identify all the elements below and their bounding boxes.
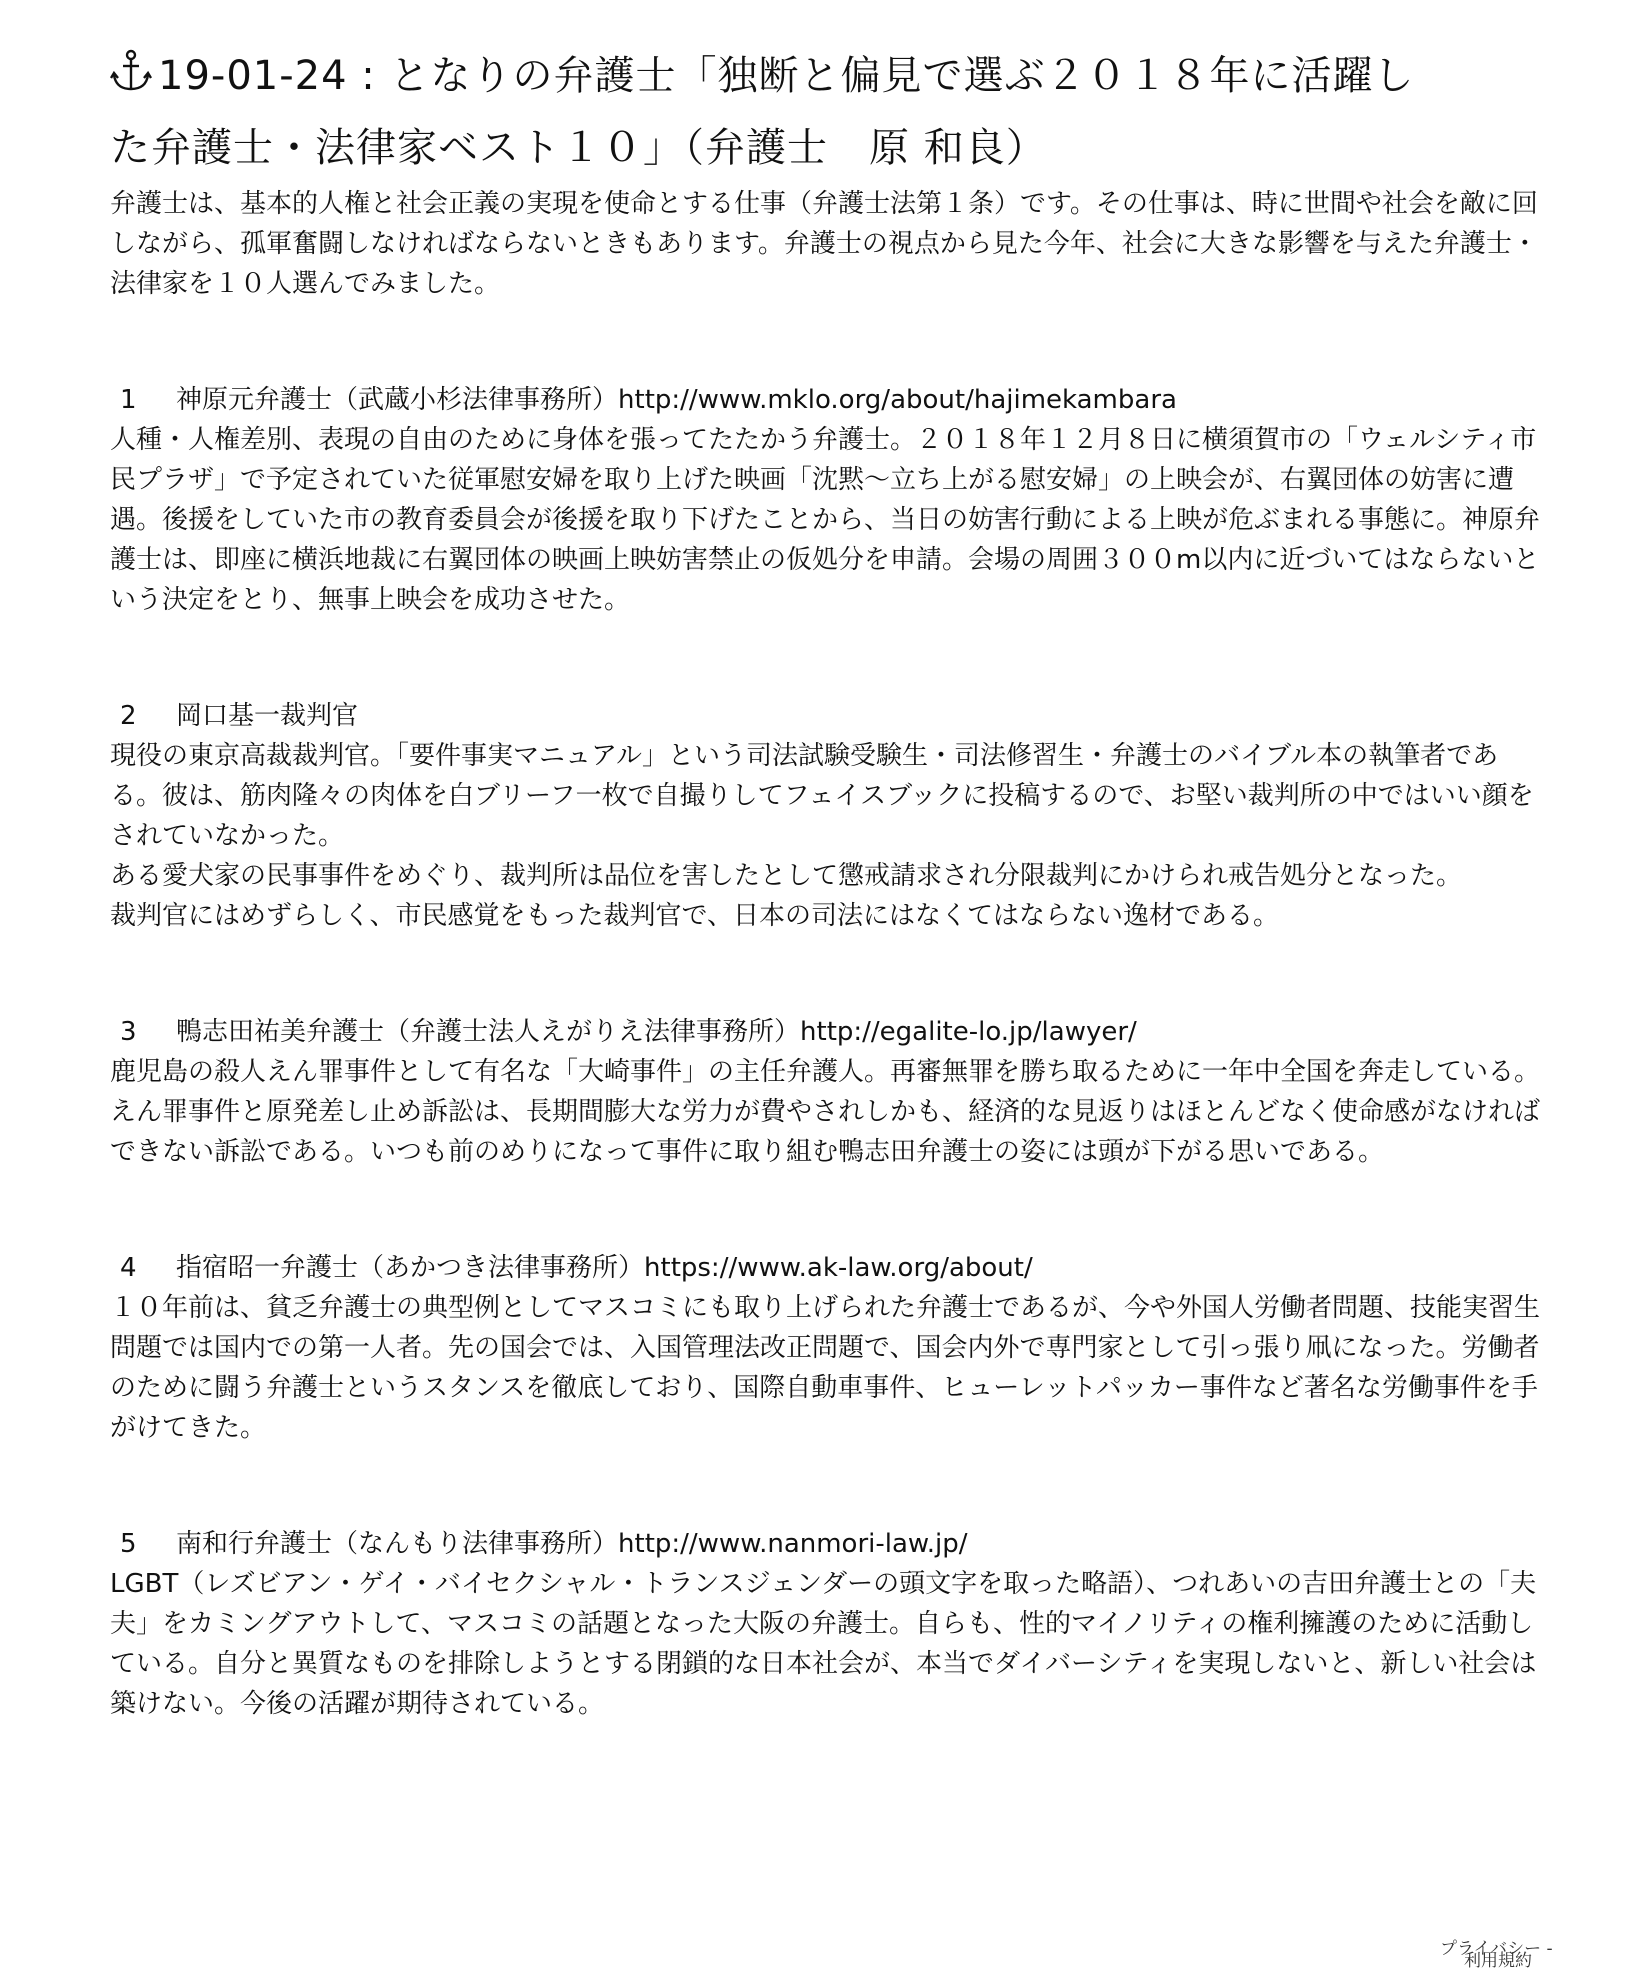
entry-url-link[interactable]: http://egalite-lo.jp/lawyer/ xyxy=(800,1017,1137,1047)
entry-paragraph: LGBT（レズビアン・ゲイ・バイセクシャル・トランスジェンダーの頭文字を取った略… xyxy=(110,1564,1550,1724)
entry-number: 2 xyxy=(110,696,176,736)
entry-heading: 3鴨志田祐美弁護士（弁護士法人えがりえ法律事務所）http://egalite-… xyxy=(110,1012,1550,1052)
entry-heading: 1神原元弁護士（武蔵小杉法律事務所）http://www.mklo.org/ab… xyxy=(110,380,1550,420)
entry-number: 5 xyxy=(110,1524,176,1564)
entry-url-link[interactable]: https://www.ak-law.org/about/ xyxy=(644,1253,1033,1283)
recaptcha-footer-links: プライバシー - 利用規約 xyxy=(1440,1940,1560,1980)
entry-heading: 2岡口基一裁判官 xyxy=(110,696,1550,736)
entry-2: 2岡口基一裁判官 現役の東京高裁裁判官。「要件事実マニュアル」という司法試験受験… xyxy=(110,696,1550,936)
entry-5: 5南和行弁護士（なんもり法律事務所）http://www.nanmori-law… xyxy=(110,1524,1550,1724)
page-title: 19-01-24 : となりの弁護士「独断と偏見で選ぶ２０１８年に活躍し た弁護… xyxy=(110,40,1550,184)
intro-paragraph: 弁護士は、基本的人権と社会正義の実現を使命とする仕事（弁護士法第１条）です。その… xyxy=(110,184,1550,304)
entry-name: 岡口基一裁判官 xyxy=(176,701,358,731)
title-line-1: 19-01-24 : となりの弁護士「独断と偏見で選ぶ２０１８年に活躍し xyxy=(158,53,1414,99)
entry-4: 4指宿昭一弁護士（あかつき法律事務所）https://www.ak-law.or… xyxy=(110,1248,1550,1448)
entry-number: 4 xyxy=(110,1248,176,1288)
entry-paragraph: 人種・人権差別、表現の自由のために身体を張ってたたかう弁護士。２０１８年１２月８… xyxy=(110,420,1550,620)
article: 19-01-24 : となりの弁護士「独断と偏見で選ぶ２０１８年に活躍し た弁護… xyxy=(110,40,1550,1724)
title-line-2: た弁護士・法律家ベスト１０」（弁護士 原 和良） xyxy=(110,125,1047,171)
terms-link[interactable]: 利用規約 xyxy=(1464,1952,1532,1970)
entry-paragraph: 現役の東京高裁裁判官。「要件事実マニュアル」という司法試験受験生・司法修習生・弁… xyxy=(110,736,1550,856)
entry-name: 指宿昭一弁護士（あかつき法律事務所） xyxy=(176,1253,644,1283)
entry-url-link[interactable]: http://www.nanmori-law.jp/ xyxy=(618,1529,968,1559)
entry-heading: 4指宿昭一弁護士（あかつき法律事務所）https://www.ak-law.or… xyxy=(110,1248,1550,1288)
entry-3: 3鴨志田祐美弁護士（弁護士法人えがりえ法律事務所）http://egalite-… xyxy=(110,1012,1550,1172)
entry-paragraph: ある愛犬家の民事事件をめぐり、裁判所は品位を害したとして懲戒請求され分限裁判にか… xyxy=(110,856,1550,896)
entry-name: 南和行弁護士（なんもり法律事務所） xyxy=(176,1529,618,1559)
entry-1: 1神原元弁護士（武蔵小杉法律事務所）http://www.mklo.org/ab… xyxy=(110,380,1550,620)
entry-name: 神原元弁護士（武蔵小杉法律事務所） xyxy=(176,385,618,415)
anchor-icon[interactable] xyxy=(110,44,152,88)
entry-number: 3 xyxy=(110,1012,176,1052)
entry-url-link[interactable]: http://www.mklo.org/about/hajimekambara xyxy=(618,385,1177,415)
entry-heading: 5南和行弁護士（なんもり法律事務所）http://www.nanmori-law… xyxy=(110,1524,1550,1564)
entry-name: 鴨志田祐美弁護士（弁護士法人えがりえ法律事務所） xyxy=(176,1017,800,1047)
entry-paragraph: 裁判官にはめずらしく、市民感覚をもった裁判官で、日本の司法にはなくてはならない逸… xyxy=(110,896,1550,936)
entry-paragraph: 鹿児島の殺人えん罪事件として有名な「大崎事件」の主任弁護人。再審無罪を勝ち取るた… xyxy=(110,1052,1550,1172)
entry-number: 1 xyxy=(110,380,176,420)
entry-paragraph: １０年前は、貧乏弁護士の典型例としてマスコミにも取り上げられた弁護士であるが、今… xyxy=(110,1288,1550,1448)
